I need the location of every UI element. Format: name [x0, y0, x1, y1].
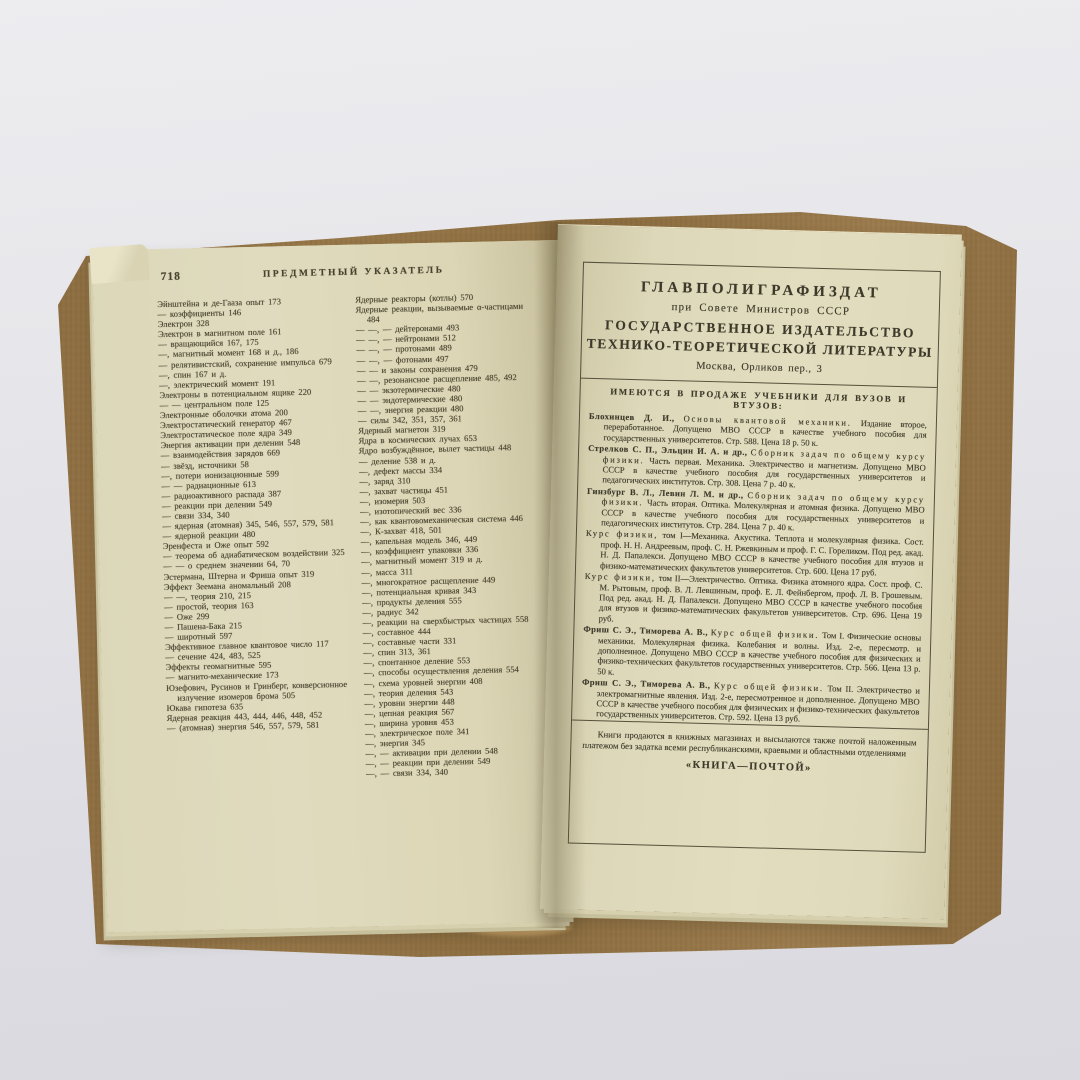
book-description: Часть вторая. Оптика. Молекулярная и ато… — [601, 498, 925, 533]
book-list: Блохинцев Д. И., Основы квантовой механи… — [572, 411, 936, 728]
right-page: ГЛАВПОЛИГРАФИЗДАТ при Совете Министров С… — [540, 224, 962, 919]
mail-order-label: «КНИГА—ПОЧТОЙ» — [571, 757, 927, 777]
left-page: 718 ПРЕДМЕТНЫЙ УКАЗАТЕЛЬ Эйнштейна и де-… — [92, 240, 573, 932]
book-entry: Фриш С. Э., Тиморева А. В., Курс общей ф… — [581, 677, 920, 727]
book-entry: Курс физики, том I—Механика. Акустика. Т… — [585, 528, 924, 578]
book-entry: Стрелков С. П., Эльцин И. А. и др., Сбор… — [587, 443, 926, 493]
publisher-block: ГЛАВПОЛИГРАФИЗДАТ при Совете Министров С… — [581, 263, 940, 378]
book-title: Курс физики, — [585, 571, 656, 583]
open-book: 718 ПРЕДМЕТНЫЙ УКАЗАТЕЛЬ Эйнштейна и де-… — [0, 0, 1080, 1080]
index-column-2: Ядерные реакторы (котлы) 570Ядерные реак… — [355, 290, 550, 779]
publisher-address: Москва, Орликов пер., 3 — [581, 358, 937, 378]
availability-heading: ИМЕЮТСЯ В ПРОДАЖЕ УЧЕБНИКИ ДЛЯ ВУЗОВ И В… — [584, 386, 932, 415]
index-columns: Эйнштейна и де-Гааза опыт 173— коэффицие… — [157, 290, 562, 783]
book-entry: Гинзбург В. Л., Левин Л. М. и др., Сборн… — [586, 486, 925, 536]
left-page-header: 718 ПРЕДМЕТНЫЙ УКАЗАТЕЛЬ — [157, 260, 551, 293]
book-author: Блохинцев Д. И., — [589, 411, 675, 423]
book-entry: Фриш С. Э., Тиморева А. В., Курс общей ф… — [582, 624, 921, 685]
book-title: Курс физики, — [586, 528, 659, 540]
book-entry: Курс физики, том II—Электричество. Оптик… — [584, 571, 923, 632]
index-title: ПРЕДМЕТНЫЙ УКАЗАТЕЛЬ — [157, 263, 551, 282]
mail-order-note: Книги продаются в книжных магазинах и вы… — [582, 729, 916, 759]
index-column-1: Эйнштейна и де-Гааза опыт 173— коэффицие… — [157, 295, 352, 784]
photo-background: 718 ПРЕДМЕТНЫЙ УКАЗАТЕЛЬ Эйнштейна и де-… — [0, 0, 1080, 1080]
publisher-frame: ГЛАВПОЛИГРАФИЗДАТ при Совете Министров С… — [568, 262, 941, 853]
book-description: Часть первая. Механика. Электричество и … — [602, 455, 926, 490]
left-page-content: 718 ПРЕДМЕТНЫЙ УКАЗАТЕЛЬ Эйнштейна и де-… — [157, 260, 566, 923]
